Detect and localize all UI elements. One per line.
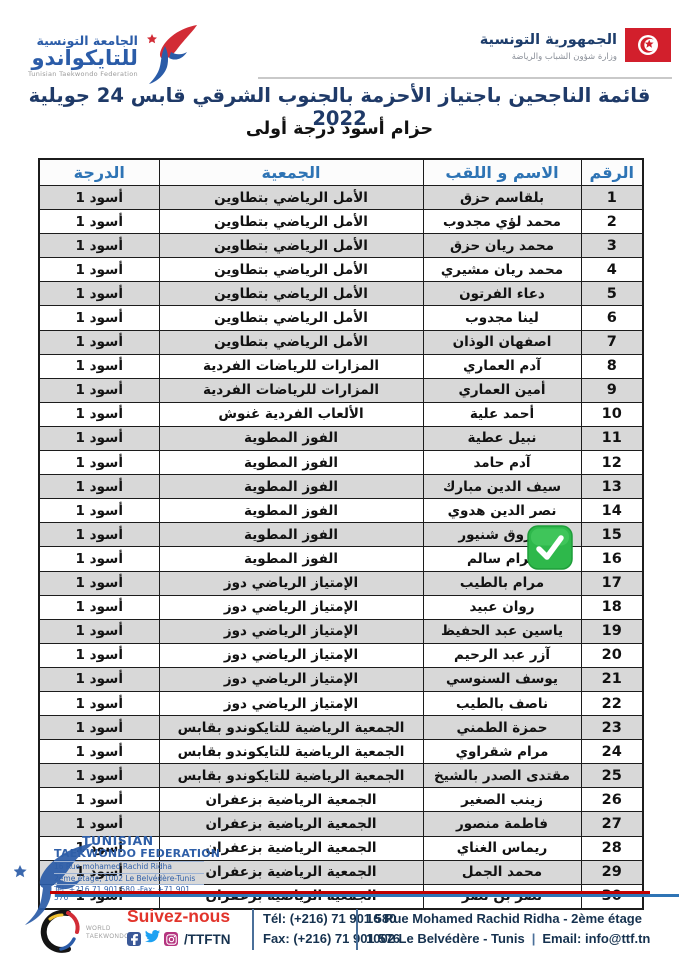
cell-num: 19 xyxy=(581,619,643,643)
cell-name: محمد ريان مشيري xyxy=(423,258,581,282)
watermark: TUNISIAN TAEKWONDO FEDERATION 16 Rue moh… xyxy=(14,831,264,926)
cell-num: 9 xyxy=(581,378,643,402)
cell-num: 3 xyxy=(581,234,643,258)
cell-num: 29 xyxy=(581,860,643,884)
cell-num: 2 xyxy=(581,210,643,234)
cell-num: 4 xyxy=(581,258,643,282)
federation-logo: الجامعة التونسية للتايكواندو Tunisian Ta… xyxy=(28,22,204,90)
government-logo: الجمهورية التونسية وزارة شؤون الشباب وال… xyxy=(480,28,671,66)
green-check-icon xyxy=(527,525,573,570)
address-line1: 16 Rue Mohamed Rachid Ridha - 2ème étage xyxy=(366,909,650,929)
cell-name: ياسين عبد الحفيظ xyxy=(423,619,581,643)
cell-num: 12 xyxy=(581,451,643,475)
cell-degree: أسود 1 xyxy=(39,426,159,450)
cell-degree: أسود 1 xyxy=(39,547,159,571)
twitter-icon xyxy=(145,930,160,948)
cell-club: الإمتياز الرياضي دوز xyxy=(159,667,423,691)
column-header-club: الجمعية xyxy=(159,159,423,186)
cell-num: 14 xyxy=(581,499,643,523)
cell-degree: أسود 1 xyxy=(39,354,159,378)
cell-num: 28 xyxy=(581,836,643,860)
cell-degree: أسود 1 xyxy=(39,764,159,788)
table-row: 24مرام شقراويالجمعية الرياضية للتايكوندو… xyxy=(39,740,643,764)
cell-num: 26 xyxy=(581,788,643,812)
table-row: 13سيف الدين مباركالفوز المطويةأسود 1 xyxy=(39,475,643,499)
cell-name: أمين العماري xyxy=(423,378,581,402)
cell-club: الأمل الرياضي بتطاوين xyxy=(159,234,423,258)
cell-name: يوسف السنوسي xyxy=(423,667,581,691)
cell-num: 7 xyxy=(581,330,643,354)
cell-num: 20 xyxy=(581,643,643,667)
federation-name-english: Tunisian Taekwondo Federation xyxy=(28,71,138,78)
cell-degree: أسود 1 xyxy=(39,186,159,210)
cell-club: الجمعية الرياضية للتايكوندو بقابس xyxy=(159,740,423,764)
column-header-degree: الدرجة xyxy=(39,159,159,186)
cell-num: 21 xyxy=(581,667,643,691)
cell-degree: أسود 1 xyxy=(39,788,159,812)
cell-degree: أسود 1 xyxy=(39,499,159,523)
cell-num: 5 xyxy=(581,282,643,306)
cell-degree: أسود 1 xyxy=(39,691,159,715)
cell-name: نبيل عطية xyxy=(423,426,581,450)
cell-degree: أسود 1 xyxy=(39,475,159,499)
cell-club: الفوز المطوية xyxy=(159,475,423,499)
cell-name: محمد ريان حزق xyxy=(423,234,581,258)
instagram-icon xyxy=(164,932,178,946)
cell-degree: أسود 1 xyxy=(39,258,159,282)
table-row: 21يوسف السنوسيالإمتياز الرياضي دوزأسود 1 xyxy=(39,667,643,691)
table-row: 9أمين العماريالمزارات للرياضات الفرديةأس… xyxy=(39,378,643,402)
cell-name: مقتدى الصدر بالشيخ xyxy=(423,764,581,788)
cell-club: الأمل الرياضي بتطاوين xyxy=(159,210,423,234)
cell-club: الجمعية الرياضية بزعفران xyxy=(159,788,423,812)
cell-degree: أسود 1 xyxy=(39,571,159,595)
cell-num: 25 xyxy=(581,764,643,788)
table-row: 10أحمد عليةالألعاب الفردية غنوشأسود 1 xyxy=(39,402,643,426)
address-line2: 1002 Le Belvédère - Tunis xyxy=(366,929,525,949)
table-header-row: الرقم الاسم و اللقب الجمعية الدرجة xyxy=(39,159,643,186)
cell-name: أحمد علية xyxy=(423,402,581,426)
table-row: 6لينا مجدوبالأمل الرياضي بتطاوينأسود 1 xyxy=(39,306,643,330)
cell-degree: أسود 1 xyxy=(39,330,159,354)
cell-name: دعاء الفرتون xyxy=(423,282,581,306)
cell-club: الإمتياز الرياضي دوز xyxy=(159,691,423,715)
cell-club: الأمل الرياضي بتطاوين xyxy=(159,258,423,282)
cell-club: الأمل الرياضي بتطاوين xyxy=(159,186,423,210)
world-logo-line2: TAEKWONDO xyxy=(86,934,129,942)
cell-name: حمزة الطمني xyxy=(423,716,581,740)
cell-degree: أسود 1 xyxy=(39,595,159,619)
table-row: 4محمد ريان مشيريالأمل الرياضي بتطاوينأسو… xyxy=(39,258,643,282)
cell-num: 24 xyxy=(581,740,643,764)
cell-club: الجمعية الرياضية للتايكوندو بقابس xyxy=(159,716,423,740)
table-row: 1بلقاسم حزقالأمل الرياضي بتطاوينأسود 1 xyxy=(39,186,643,210)
page-subtitle: حزام أسود درجة أولى xyxy=(20,119,659,139)
email-address: Email: info@ttf.tn xyxy=(542,929,650,949)
cell-club: الإمتياز الرياضي دوز xyxy=(159,571,423,595)
cell-num: 15 xyxy=(581,523,643,547)
cell-num: 22 xyxy=(581,691,643,715)
cell-club: الفوز المطوية xyxy=(159,523,423,547)
cell-name: نصر الدين هدوي xyxy=(423,499,581,523)
footer-rule-blue xyxy=(55,894,679,897)
cell-name: سيف الدين مبارك xyxy=(423,475,581,499)
address-block: 16 Rue Mohamed Rachid Ridha - 2ème étage… xyxy=(366,909,650,949)
cell-degree: أسود 1 xyxy=(39,451,159,475)
cell-club: الجمعية الرياضية للتايكوندو بقابس xyxy=(159,764,423,788)
cell-degree: أسود 1 xyxy=(39,619,159,643)
cell-name: ريماس الغناي xyxy=(423,836,581,860)
cell-club: الفوز المطوية xyxy=(159,499,423,523)
ministry-name: وزارة شؤون الشباب والرياضة xyxy=(480,52,617,62)
cell-club: الفوز المطوية xyxy=(159,451,423,475)
watermark-line3: 16 Rue mohamed Rachid Ridha xyxy=(54,861,204,871)
table-row: 22ناصف بالطيبالإمتياز الرياضي دوزأسود 1 xyxy=(39,691,643,715)
cell-num: 18 xyxy=(581,595,643,619)
cell-num: 13 xyxy=(581,475,643,499)
cell-name: زينب الصغير xyxy=(423,788,581,812)
table-row: 2محمد لؤي مجدوبالأمل الرياضي بتطاوينأسود… xyxy=(39,210,643,234)
column-header-name: الاسم و اللقب xyxy=(423,159,581,186)
column-header-number: الرقم xyxy=(581,159,643,186)
table-row: 20آزر عبد الرحيمالإمتياز الرياضي دوزأسود… xyxy=(39,643,643,667)
cell-club: الأمل الرياضي بتطاوين xyxy=(159,330,423,354)
table-row: 18روان عبيدالإمتياز الرياضي دوزأسود 1 xyxy=(39,595,643,619)
cell-num: 23 xyxy=(581,716,643,740)
table-row: 5دعاء الفرتونالأمل الرياضي بتطاوينأسود 1 xyxy=(39,282,643,306)
federation-name-arabic-bottom: للتايكواندو xyxy=(28,47,138,69)
cell-num: 16 xyxy=(581,547,643,571)
cell-degree: أسود 1 xyxy=(39,716,159,740)
cell-degree: أسود 1 xyxy=(39,210,159,234)
cell-name: آدم العماري xyxy=(423,354,581,378)
cell-name: محمد الجمل xyxy=(423,860,581,884)
cell-num: 27 xyxy=(581,812,643,836)
cell-name: آدم حامد xyxy=(423,451,581,475)
table-row: 3محمد ريان حزقالأمل الرياضي بتطاوينأسود … xyxy=(39,234,643,258)
table-row: 26زينب الصغيرالجمعية الرياضية بزعفرانأسو… xyxy=(39,788,643,812)
cell-club: المزارات للرياضات الفردية xyxy=(159,354,423,378)
table-row: 19ياسين عبد الحفيظالإمتياز الرياضي دوزأس… xyxy=(39,619,643,643)
cell-degree: أسود 1 xyxy=(39,667,159,691)
republic-name: الجمهورية التونسية xyxy=(480,32,617,49)
cell-name: لينا مجدوب xyxy=(423,306,581,330)
table-row: 8آدم العماريالمزارات للرياضات الفرديةأسو… xyxy=(39,354,643,378)
header-divider xyxy=(258,77,672,79)
cell-degree: أسود 1 xyxy=(39,234,159,258)
cell-club: الفوز المطوية xyxy=(159,426,423,450)
table-row: 11نبيل عطيةالفوز المطويةأسود 1 xyxy=(39,426,643,450)
address-separator: | xyxy=(532,929,536,949)
footer-divider-2 xyxy=(356,909,358,950)
cell-name: روان عبيد xyxy=(423,595,581,619)
watermark-line2: TAEKWONDO FEDERATION xyxy=(54,848,220,860)
table-row: 14نصر الدين هدويالفوز المطويةأسود 1 xyxy=(39,499,643,523)
cell-degree: أسود 1 xyxy=(39,402,159,426)
cell-degree: أسود 1 xyxy=(39,378,159,402)
cell-name: مرام بالطيب xyxy=(423,571,581,595)
cell-degree: أسود 1 xyxy=(39,740,159,764)
cell-name: ناصف بالطيب xyxy=(423,691,581,715)
cell-name: مرام شقراوي xyxy=(423,740,581,764)
cell-num: 10 xyxy=(581,402,643,426)
cell-club: الأمل الرياضي بتطاوين xyxy=(159,306,423,330)
table-row: 23حمزة الطمنيالجمعية الرياضية للتايكوندو… xyxy=(39,716,643,740)
table-row: 7اصفهان الوذانالأمل الرياضي بتطاوينأسود … xyxy=(39,330,643,354)
cell-club: المزارات للرياضات الفردية xyxy=(159,378,423,402)
cell-name: بلقاسم حزق xyxy=(423,186,581,210)
cell-num: 11 xyxy=(581,426,643,450)
table-row: 12آدم حامدالفوز المطويةأسود 1 xyxy=(39,451,643,475)
cell-club: الإمتياز الرياضي دوز xyxy=(159,595,423,619)
table-row: 17مرام بالطيبالإمتياز الرياضي دوزأسود 1 xyxy=(39,571,643,595)
cell-name: فاطمة منصور xyxy=(423,812,581,836)
tunisia-flag-icon xyxy=(625,28,671,66)
cell-degree: أسود 1 xyxy=(39,523,159,547)
cell-num: 8 xyxy=(581,354,643,378)
cell-degree: أسود 1 xyxy=(39,643,159,667)
cell-num: 17 xyxy=(581,571,643,595)
cell-club: الإمتياز الرياضي دوز xyxy=(159,643,423,667)
cell-club: الأمل الرياضي بتطاوين xyxy=(159,282,423,306)
cell-num: 1 xyxy=(581,186,643,210)
cell-club: الفوز المطوية xyxy=(159,547,423,571)
watermark-line4: 2ème étage, 1002 Le Belvédère-Tunis xyxy=(54,873,204,883)
cell-club: الإمتياز الرياضي دوز xyxy=(159,619,423,643)
cell-num: 6 xyxy=(581,306,643,330)
cell-club: الألعاب الفردية غنوش xyxy=(159,402,423,426)
taekwondo-swoosh-icon xyxy=(142,22,204,90)
cell-degree: أسود 1 xyxy=(39,306,159,330)
cell-degree: أسود 1 xyxy=(39,282,159,306)
table-row: 25مقتدى الصدر بالشيخالجمعية الرياضية للت… xyxy=(39,764,643,788)
document-page: الجامعة التونسية للتايكواندو Tunisian Ta… xyxy=(0,0,679,960)
social-handle: /TTFTN xyxy=(184,932,231,947)
cell-name: آزر عبد الرحيم xyxy=(423,643,581,667)
watermark-line1: TUNISIAN xyxy=(82,834,220,848)
facebook-icon xyxy=(127,932,141,946)
cell-name: محمد لؤي مجدوب xyxy=(423,210,581,234)
cell-name: اصفهان الوذان xyxy=(423,330,581,354)
